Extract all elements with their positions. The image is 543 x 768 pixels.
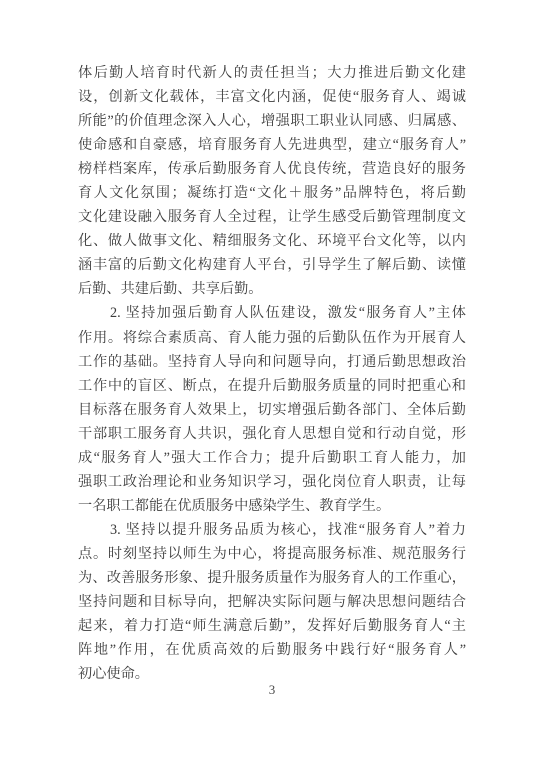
text-line: 一名职工都能在优质服务中感染学生、教育学生。: [78, 494, 466, 518]
text-line: 设，创新文化载体，丰富文化内涵，促使“服务育人、竭诚: [78, 85, 466, 109]
text-line: 所能”的价值理念深入人心，增强职工职业认同感、归属感、: [78, 109, 466, 133]
text-line: 工作的基础。坚持育人导向和问题导向，打通后勤思想政治: [78, 350, 466, 374]
text-line: 阵地”作用，在优质高效的后勤服务中践行好“服务育人”: [78, 638, 466, 662]
text-line: 后勤、共建后勤、共享后勤。: [78, 277, 466, 301]
text-line: 为、改善服务形象、提升服务质量作为服务育人的工作重心，: [78, 566, 466, 590]
document-page: 体后勤人培育时代新人的责任担当；大力推进后勤文化建 设，创新文化载体，丰富文化内…: [0, 0, 543, 768]
text-line: 育人文化氛围；凝练打造“文化＋服务”品牌特色，将后勤: [78, 181, 466, 205]
text-line: 点。时刻坚持以师生为中心，将提高服务标准、规范服务行: [78, 542, 466, 566]
text-line: 化、做人做事文化、精细服务文化、环境平台文化等，以内: [78, 229, 466, 253]
text-line: 体后勤人培育时代新人的责任担当；大力推进后勤文化建: [78, 61, 466, 85]
text-line: 坚持问题和目标导向，把解决实际问题与解决思想问题结合: [78, 590, 466, 614]
text-line: 成“服务育人”强大工作合力；提升后勤职工育人能力，加: [78, 446, 466, 470]
text-line: 工作中的盲区、断点，在提升后勤服务质量的同时把重心和: [78, 374, 466, 398]
text-line: 强职工政治理论和业务知识学习，强化岗位育人职责，让每: [78, 470, 466, 494]
text-line-paragraph-start: 2. 坚持加强后勤育人队伍建设，激发“服务育人”主体: [78, 301, 466, 325]
text-line: 涵丰富的后勤文化构建育人平台，引导学生了解后勤、读懂: [78, 253, 466, 277]
text-line: 干部职工服务育人共识，强化育人思想自觉和行动自觉，形: [78, 422, 466, 446]
text-line: 目标落在服务育人效果上，切实增强后勤各部门、全体后勤: [78, 398, 466, 422]
text-line: 榜样档案库，传承后勤服务育人优良传统，营造良好的服务: [78, 157, 466, 181]
text-line-paragraph-start: 3. 坚持以提升服务品质为核心，找准“服务育人”着力: [78, 518, 466, 542]
text-line: 文化建设融入服务育人全过程，让学生感受后勤管理制度文: [78, 205, 466, 229]
text-line: 使命感和自豪感，培育服务育人先进典型，建立“服务育人”: [78, 133, 466, 157]
document-text-block: 体后勤人培育时代新人的责任担当；大力推进后勤文化建 设，创新文化载体，丰富文化内…: [78, 61, 466, 686]
text-line: 作用。将综合素质高、育人能力强的后勤队伍作为开展育人: [78, 326, 466, 350]
text-line: 起来，着力打造“师生满意后勤”，发挥好后勤服务育人“主: [78, 614, 466, 638]
page-number: 3: [78, 683, 466, 697]
